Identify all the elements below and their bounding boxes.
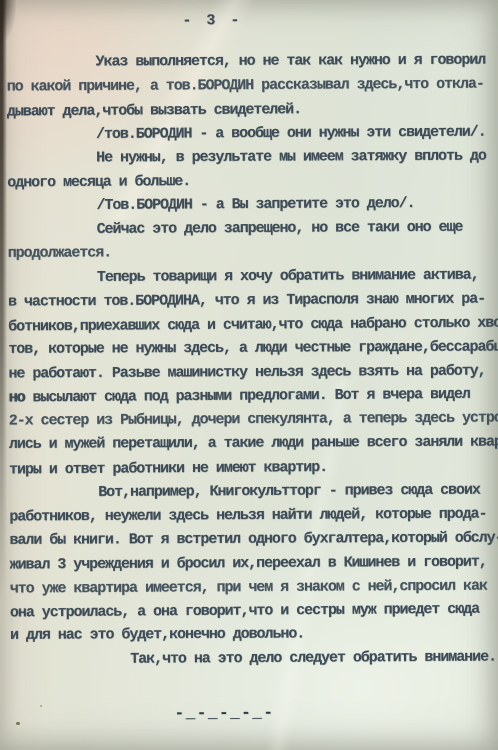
text-line: /Тов.БОРОДИН - а Вы запретите это дело/. (0, 192, 497, 219)
text-line: тов, которые не нужны здесь, а люди чест… (0, 335, 498, 361)
text-line: 2-х сестер из Рыбницы, дочери спекулянта… (1, 407, 498, 434)
text-line: одного месяца и больше. (0, 168, 497, 196)
text-line: в частности тов.БОРОДИНА, что я из Тирас… (0, 287, 498, 314)
text-line: Сейчас это дело запрещено, но все таки о… (0, 216, 498, 243)
text-line: /тов.БОРОДИН - а вообще они нужны эти св… (0, 120, 497, 147)
text-line: тиры и ответ работники не имеют квартир. (1, 455, 498, 483)
page-content: - 3 - Указ выполняется, но не так как ну… (0, 0, 498, 750)
text-line: по какой причине, а тов.БОРОДИН рассказы… (0, 72, 497, 99)
document-body: Указ выполняется, но не так как нужно и … (0, 48, 498, 672)
text-line: дывают дела,чтобы вызвать свидетелей. (0, 96, 497, 124)
overstruck-text: но (9, 390, 25, 407)
text-line: работников, неужели здесь нельзя найти л… (1, 502, 498, 529)
text-line: и для нас это будет,конечно довольно. (2, 622, 498, 648)
text-line: что уже квартира имеется, при чем я знак… (2, 574, 498, 601)
document-photo: - 3 - Указ выполняется, но не так как ну… (0, 0, 498, 750)
text-line: Не нужны, в результате мы имеем затяжку … (0, 144, 497, 170)
end-of-text-mark: -_-_-_-_- (2, 703, 498, 724)
text-line: живал 3 учреждения и бросил их,переехал … (2, 550, 498, 577)
text-line: Так,что на это дело следует обратить вни… (2, 646, 498, 673)
text-line: продолжается. (0, 240, 498, 266)
text-line: Указ выполняется, но не так как нужно и … (0, 49, 497, 75)
text-line: Теперь товарищи я хочу обратить внимание… (0, 263, 498, 290)
text-line: вали бы книги. Вот я встретил одного бух… (1, 526, 498, 552)
text-line: не работают. Разьве машинистку нельзя зд… (0, 359, 498, 386)
text-line: Вот,например, Книгокультторг - привез сю… (1, 479, 498, 506)
page-number: - 3 - (182, 0, 496, 29)
text-line: лись и мужей перетащили, а такие люди ра… (1, 431, 498, 457)
